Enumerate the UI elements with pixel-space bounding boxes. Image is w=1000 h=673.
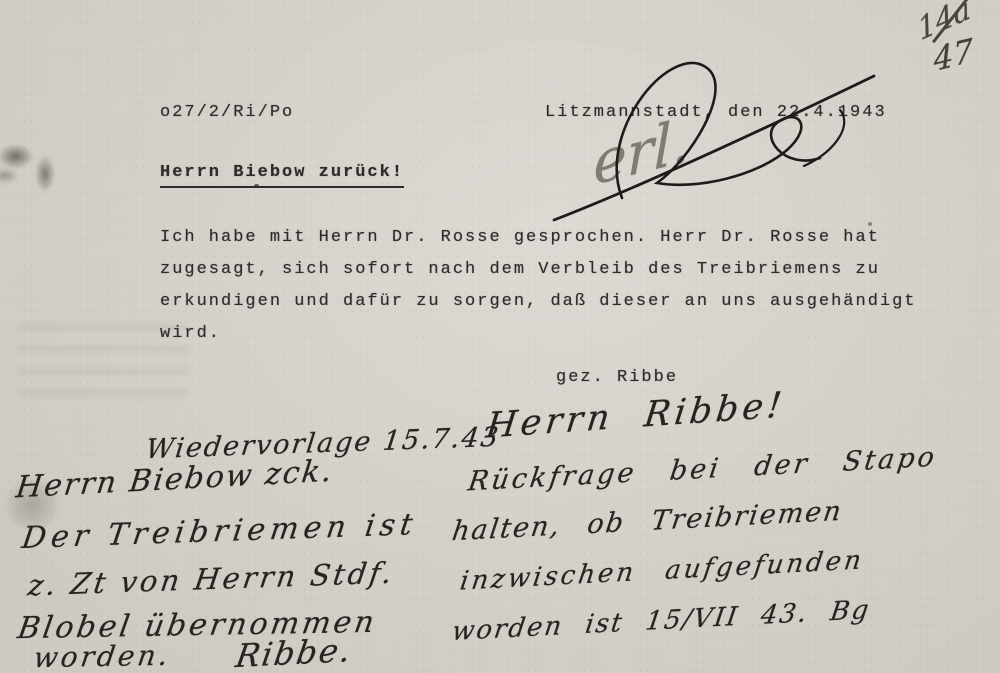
typed-signature: gez. Ribbe bbox=[556, 368, 678, 387]
salutation-underlined: Herrn Biebow zurück! bbox=[160, 163, 404, 188]
body-line: wird. bbox=[160, 318, 917, 350]
reference-number: o27/2/Ri/Po bbox=[160, 103, 294, 122]
page-number-47: 47 bbox=[933, 31, 975, 79]
place-dateline: Litzmannstadt, den 22.4.1943 bbox=[545, 103, 887, 122]
herrn-biebow-note: Herrn Biebow zck. bbox=[14, 454, 336, 506]
body-line: zugesagt, sich sofort nach dem Verbleib … bbox=[160, 254, 917, 286]
scanned-letter-page: { "document": { "reference": "o27/2/Ri/P… bbox=[0, 0, 1000, 673]
left-note-line3: z. Zt von Herrn Stdf. bbox=[26, 556, 397, 603]
left-note-line2: Der Treibriemen ist bbox=[20, 507, 420, 556]
herrn-ribbe-heading: Herrn Ribbe! bbox=[484, 385, 788, 446]
handwritten-ribbe-signature: Ribbe. bbox=[233, 631, 355, 673]
ink-smudge-stain bbox=[0, 126, 80, 206]
rueckfrage-note-line1: Rückfrage bei der Stapo bbox=[466, 442, 939, 498]
body-line: erkundigen und dafür zu sorgen, daß dies… bbox=[160, 286, 917, 318]
left-note-line5: worden. bbox=[32, 639, 173, 673]
letter-body: Ich habe mit Herrn Dr. Rosse gesprochen.… bbox=[160, 222, 917, 350]
body-line: Ich habe mit Herrn Dr. Rosse gesprochen.… bbox=[160, 222, 917, 254]
right-note-line4: worden ist 15/VII 43. Bg bbox=[450, 595, 872, 647]
right-note-line3: inzwischen aufgefunden bbox=[458, 545, 866, 596]
right-note-line2: halten, ob Treibriemen bbox=[450, 496, 845, 548]
